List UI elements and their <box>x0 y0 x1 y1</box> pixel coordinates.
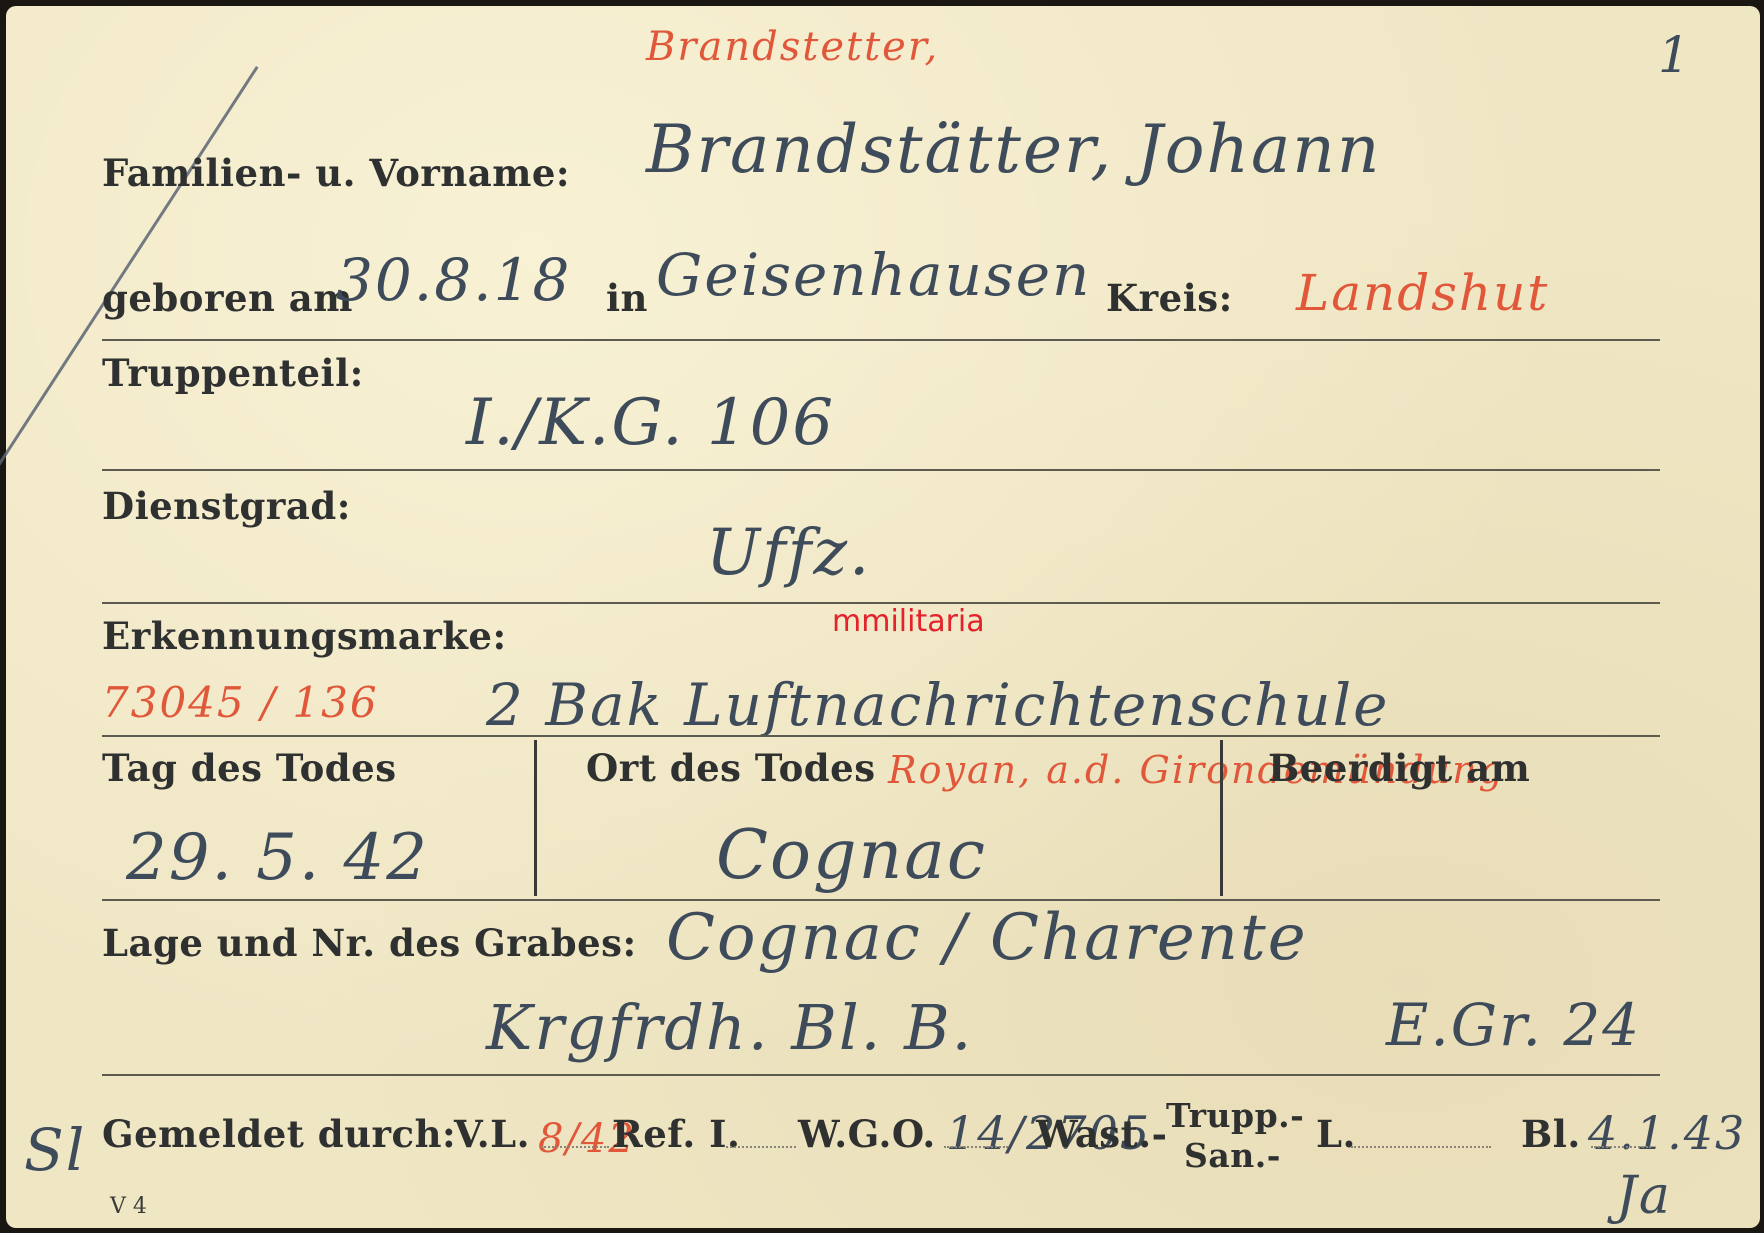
ref-label: Ref. I. <box>612 1112 740 1156</box>
death-place-label: Ort des Todes <box>586 746 876 790</box>
grave-line3: E.Gr. 24 <box>1386 991 1641 1059</box>
divider-death-2 <box>1220 740 1223 896</box>
wgo-label: W.G.O. <box>798 1112 936 1156</box>
bl-value: 4.1.43 <box>1588 1106 1746 1160</box>
birth-date-label: geboren am <box>102 276 353 320</box>
rank-label: Dienstgrad: <box>102 484 351 528</box>
name-label: Familien- u. Vorname: <box>102 151 570 195</box>
bl-label: Bl. <box>1521 1112 1581 1156</box>
watermark: mmilitaria <box>832 604 985 639</box>
district-label: Kreis: <box>1106 276 1233 320</box>
rule-grave <box>102 1074 1660 1076</box>
vl-label: V.L. <box>454 1112 530 1156</box>
vl-dots <box>541 1146 609 1148</box>
wast-label: Wast.- <box>1036 1112 1167 1156</box>
unit-value: I./K.G. 106 <box>466 386 835 460</box>
rule-unit <box>102 469 1660 471</box>
name-correction: Brandstetter, <box>646 24 939 70</box>
l-label: L. <box>1316 1112 1356 1156</box>
card-number: 1 <box>1658 26 1692 84</box>
rule-birth <box>102 339 1660 341</box>
burial-label: Beerdigt am <box>1268 746 1530 790</box>
grave-line2: Krgfrdh. Bl. B. <box>486 991 973 1064</box>
divider-death-1 <box>534 740 537 896</box>
id-tag-value: 2 Bak Luftnachrichtenschule <box>486 671 1389 739</box>
birth-place-label: in <box>606 276 648 320</box>
id-tag-label: Erkennungsmarke: <box>102 614 507 658</box>
index-card: Brandstetter, 1 Familien- u. Vorname: Br… <box>6 6 1760 1228</box>
birth-place-value: Geisenhausen <box>656 241 1091 309</box>
form-code: V 4 <box>110 1194 147 1219</box>
death-place-value: Cognac <box>716 816 987 895</box>
district-value: Landshut <box>1296 264 1549 322</box>
signature-initials: Ja <box>1616 1166 1672 1226</box>
ref-dots <box>726 1146 796 1148</box>
id-tag-number: 73045 / 136 <box>102 678 379 727</box>
name-value: Brandstätter, Johann <box>646 111 1381 188</box>
wgo-dots <box>944 1146 1008 1148</box>
birth-date-value: 30.8.18 <box>336 246 571 314</box>
margin-initials: Sl <box>24 1116 86 1184</box>
death-date-value: 29. 5. 42 <box>126 821 429 895</box>
rank-value: Uffz. <box>706 516 871 590</box>
reported-by-label: Gemeldet durch: <box>102 1112 456 1156</box>
grave-label: Lage und Nr. des Grabes: <box>102 921 637 965</box>
l-dots <box>1351 1146 1491 1148</box>
rule-id-tag <box>102 735 1660 737</box>
trupp-label: Trupp.- <box>1166 1096 1304 1135</box>
unit-label: Truppenteil: <box>102 351 364 395</box>
death-date-label: Tag des Todes <box>102 746 397 790</box>
grave-line1: Cognac / Charente <box>666 901 1308 975</box>
bl-dots <box>1591 1146 1651 1148</box>
san-label: San.- <box>1184 1136 1281 1175</box>
